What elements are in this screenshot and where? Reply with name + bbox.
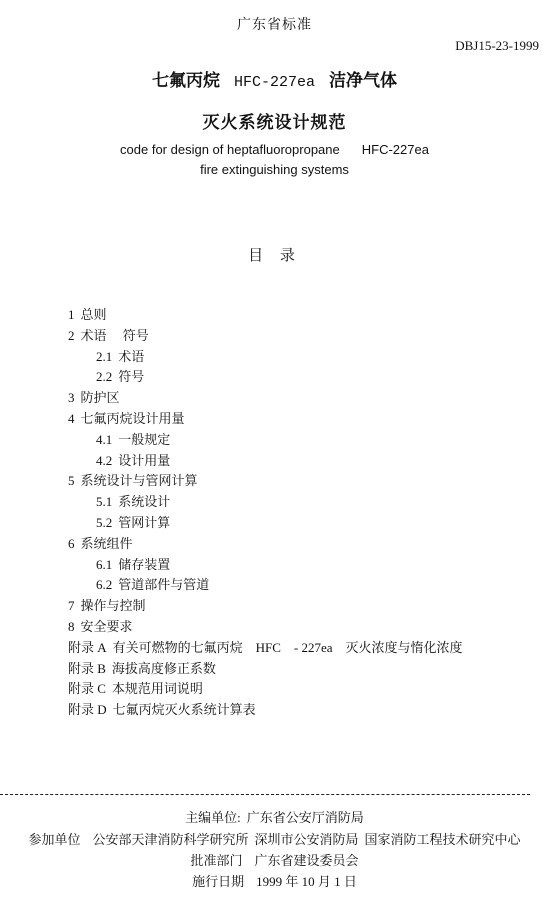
toc-item[interactable]: 附录 C本规范用词说明 — [68, 679, 463, 700]
toc-item-label: 管道部件与管道 — [118, 577, 209, 592]
effective-value: 1999 年 10 月 1 日 — [256, 874, 357, 889]
english-title-b: HFC-227ea — [362, 142, 429, 157]
english-title-line1: code for design of heptafluoropropaneHFC… — [0, 142, 549, 157]
toc-item-number: 附录 D — [68, 700, 107, 721]
toc-item-number: 附录 B — [68, 659, 106, 680]
approver-label: 批准部门 — [190, 853, 242, 868]
approval-department: 批准部门广东省建设委员会 — [0, 850, 549, 869]
toc-item-number: 附录 A — [68, 638, 107, 659]
toc-item-label: 操作与控制 — [81, 598, 146, 613]
toc-item-number: 4.1 — [96, 430, 112, 451]
toc-item-number: 6 — [68, 534, 75, 555]
toc-item-number: 7 — [68, 596, 75, 617]
effective-label: 施行日期 — [192, 874, 244, 889]
toc-item-label: 管网计算 — [118, 515, 170, 530]
toc-item-label: 总则 — [81, 307, 107, 322]
toc-item[interactable]: 2.2符号 — [68, 367, 463, 388]
toc-item-number: 5 — [68, 471, 75, 492]
toc-item[interactable]: 2术语 符号 — [68, 326, 463, 347]
toc-item-label: 海拔高度修正系数 — [112, 661, 216, 676]
toc-item-label: 有关可燃物的七氟丙烷 HFC - 227ea 灭火浓度与惰化浓度 — [113, 640, 463, 655]
toc-item[interactable]: 3防护区 — [68, 388, 463, 409]
approver-value: 广东省建设委员会 — [255, 853, 359, 868]
toc-item-number: 6.1 — [96, 555, 112, 576]
toc-item-number: 2 — [68, 326, 75, 347]
toc-item-label: 系统设计 — [118, 494, 170, 509]
toc-item-label: 防护区 — [81, 390, 120, 405]
toc-item-number: 4.2 — [96, 451, 112, 472]
toc-item-label: 系统组件 — [81, 536, 133, 551]
title-hfc: HFC-227ea — [234, 74, 315, 91]
editor-value: 广东省公安厅消防局 — [247, 810, 364, 825]
toc-item-number: 3 — [68, 388, 75, 409]
toc-item[interactable]: 5系统设计与管网计算 — [68, 471, 463, 492]
toc-item-label: 七氟丙烷设计用量 — [81, 411, 185, 426]
toc-item[interactable]: 1总则 — [68, 305, 463, 326]
toc-item-number: 6.2 — [96, 575, 112, 596]
english-title-line2: fire extinguishing systems — [0, 162, 549, 177]
title-part2: 洁净气体 — [329, 71, 397, 91]
toc-item-label: 储存装置 — [118, 557, 170, 572]
toc-item-label: 系统设计与管网计算 — [81, 473, 198, 488]
effective-date: 施行日期1999 年 10 月 1 日 — [0, 871, 549, 890]
toc-item-label: 术语 符号 — [81, 328, 149, 343]
participant-3: 国家消防工程技术研究中心 — [365, 832, 521, 847]
toc-item-label: 设计用量 — [118, 453, 170, 468]
participants-label: 参加单位 — [28, 832, 80, 847]
toc-item[interactable]: 6.2管道部件与管道 — [68, 575, 463, 596]
editor-unit: 主编单位:广东省公安厅消防局 — [0, 807, 549, 826]
toc-item[interactable]: 附录 B海拔高度修正系数 — [68, 659, 463, 680]
toc-item-number: 1 — [68, 305, 75, 326]
toc-item-number: 2.1 — [96, 347, 112, 368]
toc-item-label: 术语 — [118, 349, 144, 364]
toc-item[interactable]: 4.1一般规定 — [68, 430, 463, 451]
table-of-contents: 1总则2术语 符号2.1术语2.2符号3防护区4七氟丙烷设计用量4.1一般规定4… — [68, 305, 463, 721]
toc-heading: 目 录 — [0, 244, 549, 265]
toc-item-label: 本规范用词说明 — [112, 681, 203, 696]
toc-item[interactable]: 7操作与控制 — [68, 596, 463, 617]
title-part1: 七氟丙烷 — [152, 71, 220, 91]
toc-item-number: 5.2 — [96, 513, 112, 534]
toc-item[interactable]: 附录 D七氟丙烷灭火系统计算表 — [68, 700, 463, 721]
dashed-divider — [0, 794, 530, 795]
participant-1: 公安部天津消防科学研究所 — [92, 832, 248, 847]
toc-item-number: 附录 C — [68, 679, 106, 700]
toc-item-label: 安全要求 — [81, 619, 133, 634]
toc-item[interactable]: 4.2设计用量 — [68, 451, 463, 472]
editor-label: 主编单位: — [185, 810, 241, 825]
toc-item-number: 5.1 — [96, 492, 112, 513]
toc-item[interactable]: 5.1系统设计 — [68, 492, 463, 513]
toc-item-number: 8 — [68, 617, 75, 638]
toc-item[interactable]: 6.1储存装置 — [68, 555, 463, 576]
english-title-a: code for design of heptafluoropropane — [120, 142, 340, 157]
toc-item[interactable]: 5.2管网计算 — [68, 513, 463, 534]
toc-item-label: 符号 — [118, 369, 144, 384]
toc-item[interactable]: 2.1术语 — [68, 347, 463, 368]
participating-units: 参加单位公安部天津消防科学研究所深圳市公安消防局国家消防工程技术研究中心 — [0, 829, 549, 848]
participant-2: 深圳市公安消防局 — [255, 832, 359, 847]
standard-code: DBJ15-23-1999 — [455, 38, 539, 54]
toc-item-label: 七氟丙烷灭火系统计算表 — [113, 702, 256, 717]
toc-item[interactable]: 附录 A有关可燃物的七氟丙烷 HFC - 227ea 灭火浓度与惰化浓度 — [68, 638, 463, 659]
standard-name: 广东省标准 — [0, 14, 549, 34]
toc-item[interactable]: 4七氟丙烷设计用量 — [68, 409, 463, 430]
toc-item-label: 一般规定 — [118, 432, 170, 447]
toc-item-number: 4 — [68, 409, 75, 430]
document-title-line1: 七氟丙烷HFC-227ea洁净气体 — [0, 66, 549, 91]
toc-item[interactable]: 6系统组件 — [68, 534, 463, 555]
toc-item-number: 2.2 — [96, 367, 112, 388]
document-title-line2: 灭火系统设计规范 — [0, 108, 549, 133]
toc-item[interactable]: 8安全要求 — [68, 617, 463, 638]
